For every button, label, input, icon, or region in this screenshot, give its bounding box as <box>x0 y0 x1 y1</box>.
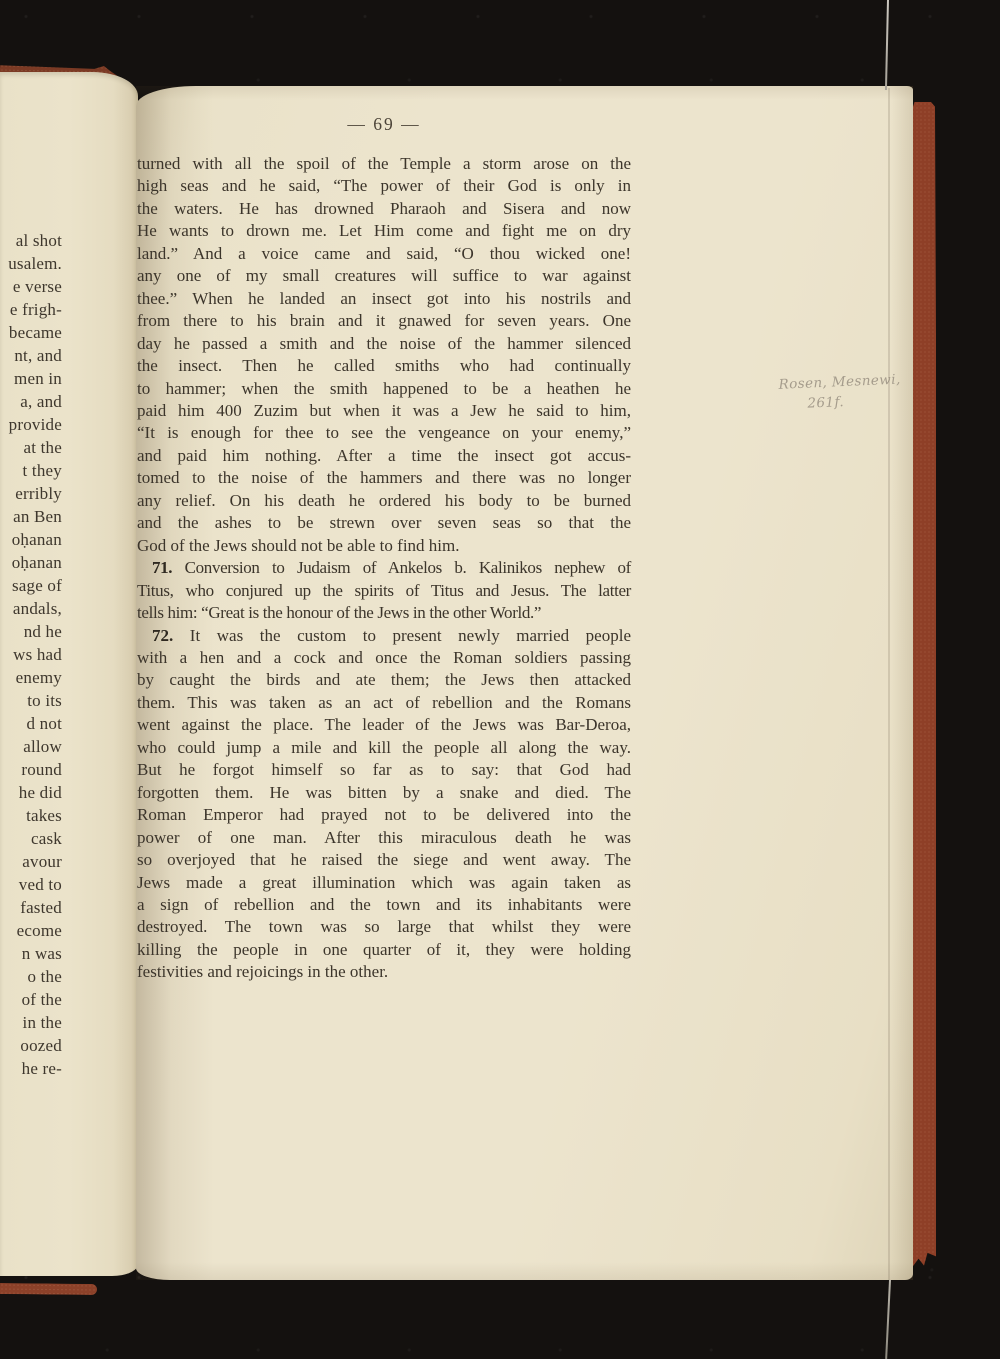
text-line: a sign of rebellion and the town and its… <box>137 894 631 916</box>
text-fragment: in the <box>0 1011 62 1034</box>
text-fragment: cask <box>0 827 62 850</box>
text-fragment: allow <box>0 735 62 758</box>
text-fragment: sage of <box>0 574 62 597</box>
text-line: 72. It was the custom to present newly m… <box>137 625 631 647</box>
text-line: land.” And a voice came and said, “O tho… <box>137 243 631 265</box>
pencil-annotation: Rosen, Mesnewi, 261f. <box>778 369 910 415</box>
text-line: who could jump a mile and kill the peopl… <box>137 737 631 759</box>
text-line: tells him: “Great is the honour of the J… <box>137 602 631 624</box>
text-line: them. This was taken as an act of rebell… <box>137 692 631 714</box>
text-fragment: round <box>0 758 62 781</box>
text-line: so overjoyed that he raised the siege an… <box>137 849 631 871</box>
text-fragment: usalem. <box>0 252 62 275</box>
text-line: any relief. On his death he ordered his … <box>137 490 631 512</box>
paragraph: 72. It was the custom to present newly m… <box>137 625 631 984</box>
body-text: turned with all the spoil of the Temple … <box>137 153 631 984</box>
text-line: turned with all the spoil of the Temple … <box>137 153 631 175</box>
text-line: “It is enough for thee to see the vengea… <box>137 422 631 444</box>
text-fragment: became <box>0 321 62 344</box>
text-fragment: oḥanan <box>0 528 62 551</box>
paragraph: 71. Conversion to Judaism of Ankelos b. … <box>137 557 631 624</box>
text-line: Titus, who conjured up the spirits of Ti… <box>137 580 631 602</box>
text-line: God of the Jews should not be able to fi… <box>137 535 631 557</box>
text-fragment: takes <box>0 804 62 827</box>
text-fragment: e frigh- <box>0 298 62 321</box>
book-cover-edge-right <box>911 102 936 1268</box>
text-line: paid him 400 Zuzim but when it was a Jew… <box>137 400 631 422</box>
text-line: from there to his brain and it gnawed fo… <box>137 310 631 332</box>
left-page-text-fragments: al shotusalem.e versee frigh-becament, a… <box>0 229 62 1080</box>
text-line: any one of my small creatures will suffi… <box>137 265 631 287</box>
text-line: Jews made a great illumination which was… <box>137 872 631 894</box>
text-line: 71. Conversion to Judaism of Ankelos b. … <box>137 557 631 579</box>
text-line: thee.” When he landed an insect got into… <box>137 288 631 310</box>
text-fragment: a, and <box>0 390 62 413</box>
cradle-thread-bottom <box>885 1280 891 1359</box>
book-scan-photo: al shotusalem.e versee frigh-becament, a… <box>0 0 1000 1359</box>
text-fragment: an Ben <box>0 505 62 528</box>
text-fragment: t they <box>0 459 62 482</box>
text-fragment: provide <box>0 413 62 436</box>
text-fragment: andals, <box>0 597 62 620</box>
book-cover-edge-bottom-left <box>0 1283 97 1295</box>
text-line: forgotten them. He was bitten by a snake… <box>137 782 631 804</box>
text-line: by caught the birds and ate them; the Je… <box>137 669 631 691</box>
text-fragment: he re- <box>0 1057 62 1080</box>
text-line: power of one man. After this miraculous … <box>137 827 631 849</box>
text-fragment: ecome <box>0 919 62 942</box>
text-fragment: oḥanan <box>0 551 62 574</box>
text-fragment: of the <box>0 988 62 1011</box>
paragraph-number: 71. <box>152 558 172 577</box>
text-fragment: nd he <box>0 620 62 643</box>
text-line: day he passed a smith and the noise of t… <box>137 333 631 355</box>
text-line: killing the people in one quarter of it,… <box>137 939 631 961</box>
text-line: He wants to drown me. Let Him come and f… <box>137 220 631 242</box>
text-line: But he forgot himself so far as to say: … <box>137 759 631 781</box>
text-line: high seas and he said, “The power of the… <box>137 175 631 197</box>
text-fragment: enemy <box>0 666 62 689</box>
text-line: with a hen and a cock and once the Roman… <box>137 647 631 669</box>
text-fragment: d not <box>0 712 62 735</box>
page-number: — 69 — <box>137 114 631 135</box>
text-fragment: al shot <box>0 229 62 252</box>
text-fragment: nt, and <box>0 344 62 367</box>
text-fragment: to its <box>0 689 62 712</box>
text-line: went against the place. The leader of th… <box>137 714 631 736</box>
text-fragment: he did <box>0 781 62 804</box>
text-line: Roman Emperor had prayed not to be deliv… <box>137 804 631 826</box>
paragraph-number: 72. <box>152 626 173 645</box>
text-fragment: avour <box>0 850 62 873</box>
text-line: the waters. He has drowned Pharaoh and S… <box>137 198 631 220</box>
text-line: destroyed. The town was so large that wh… <box>137 916 631 938</box>
text-line: tomed to the noise of the hammers and th… <box>137 467 631 489</box>
text-line: and the ashes to be strewn over seven se… <box>137 512 631 534</box>
text-fragment: o the <box>0 965 62 988</box>
text-fragment: men in <box>0 367 62 390</box>
text-line: and paid him nothing. After a time the i… <box>137 445 631 467</box>
text-fragment: n was <box>0 942 62 965</box>
paragraph: turned with all the spoil of the Temple … <box>137 153 631 557</box>
text-line: to hammer; when the smith happened to be… <box>137 378 631 400</box>
cradle-thread-top <box>885 0 889 90</box>
text-fragment: at the <box>0 436 62 459</box>
text-fragment: ved to <box>0 873 62 896</box>
cradle-thread-over-page <box>888 88 890 1280</box>
text-fragment: e verse <box>0 275 62 298</box>
text-fragment: erribly <box>0 482 62 505</box>
text-fragment: ws had <box>0 643 62 666</box>
text-fragment: oozed <box>0 1034 62 1057</box>
left-page: al shotusalem.e versee frigh-becament, a… <box>0 72 138 1276</box>
text-fragment: fasted <box>0 896 62 919</box>
text-line: the insect. Then he called smiths who ha… <box>137 355 631 377</box>
text-line: festivities and rejoicings in the other. <box>137 961 631 983</box>
